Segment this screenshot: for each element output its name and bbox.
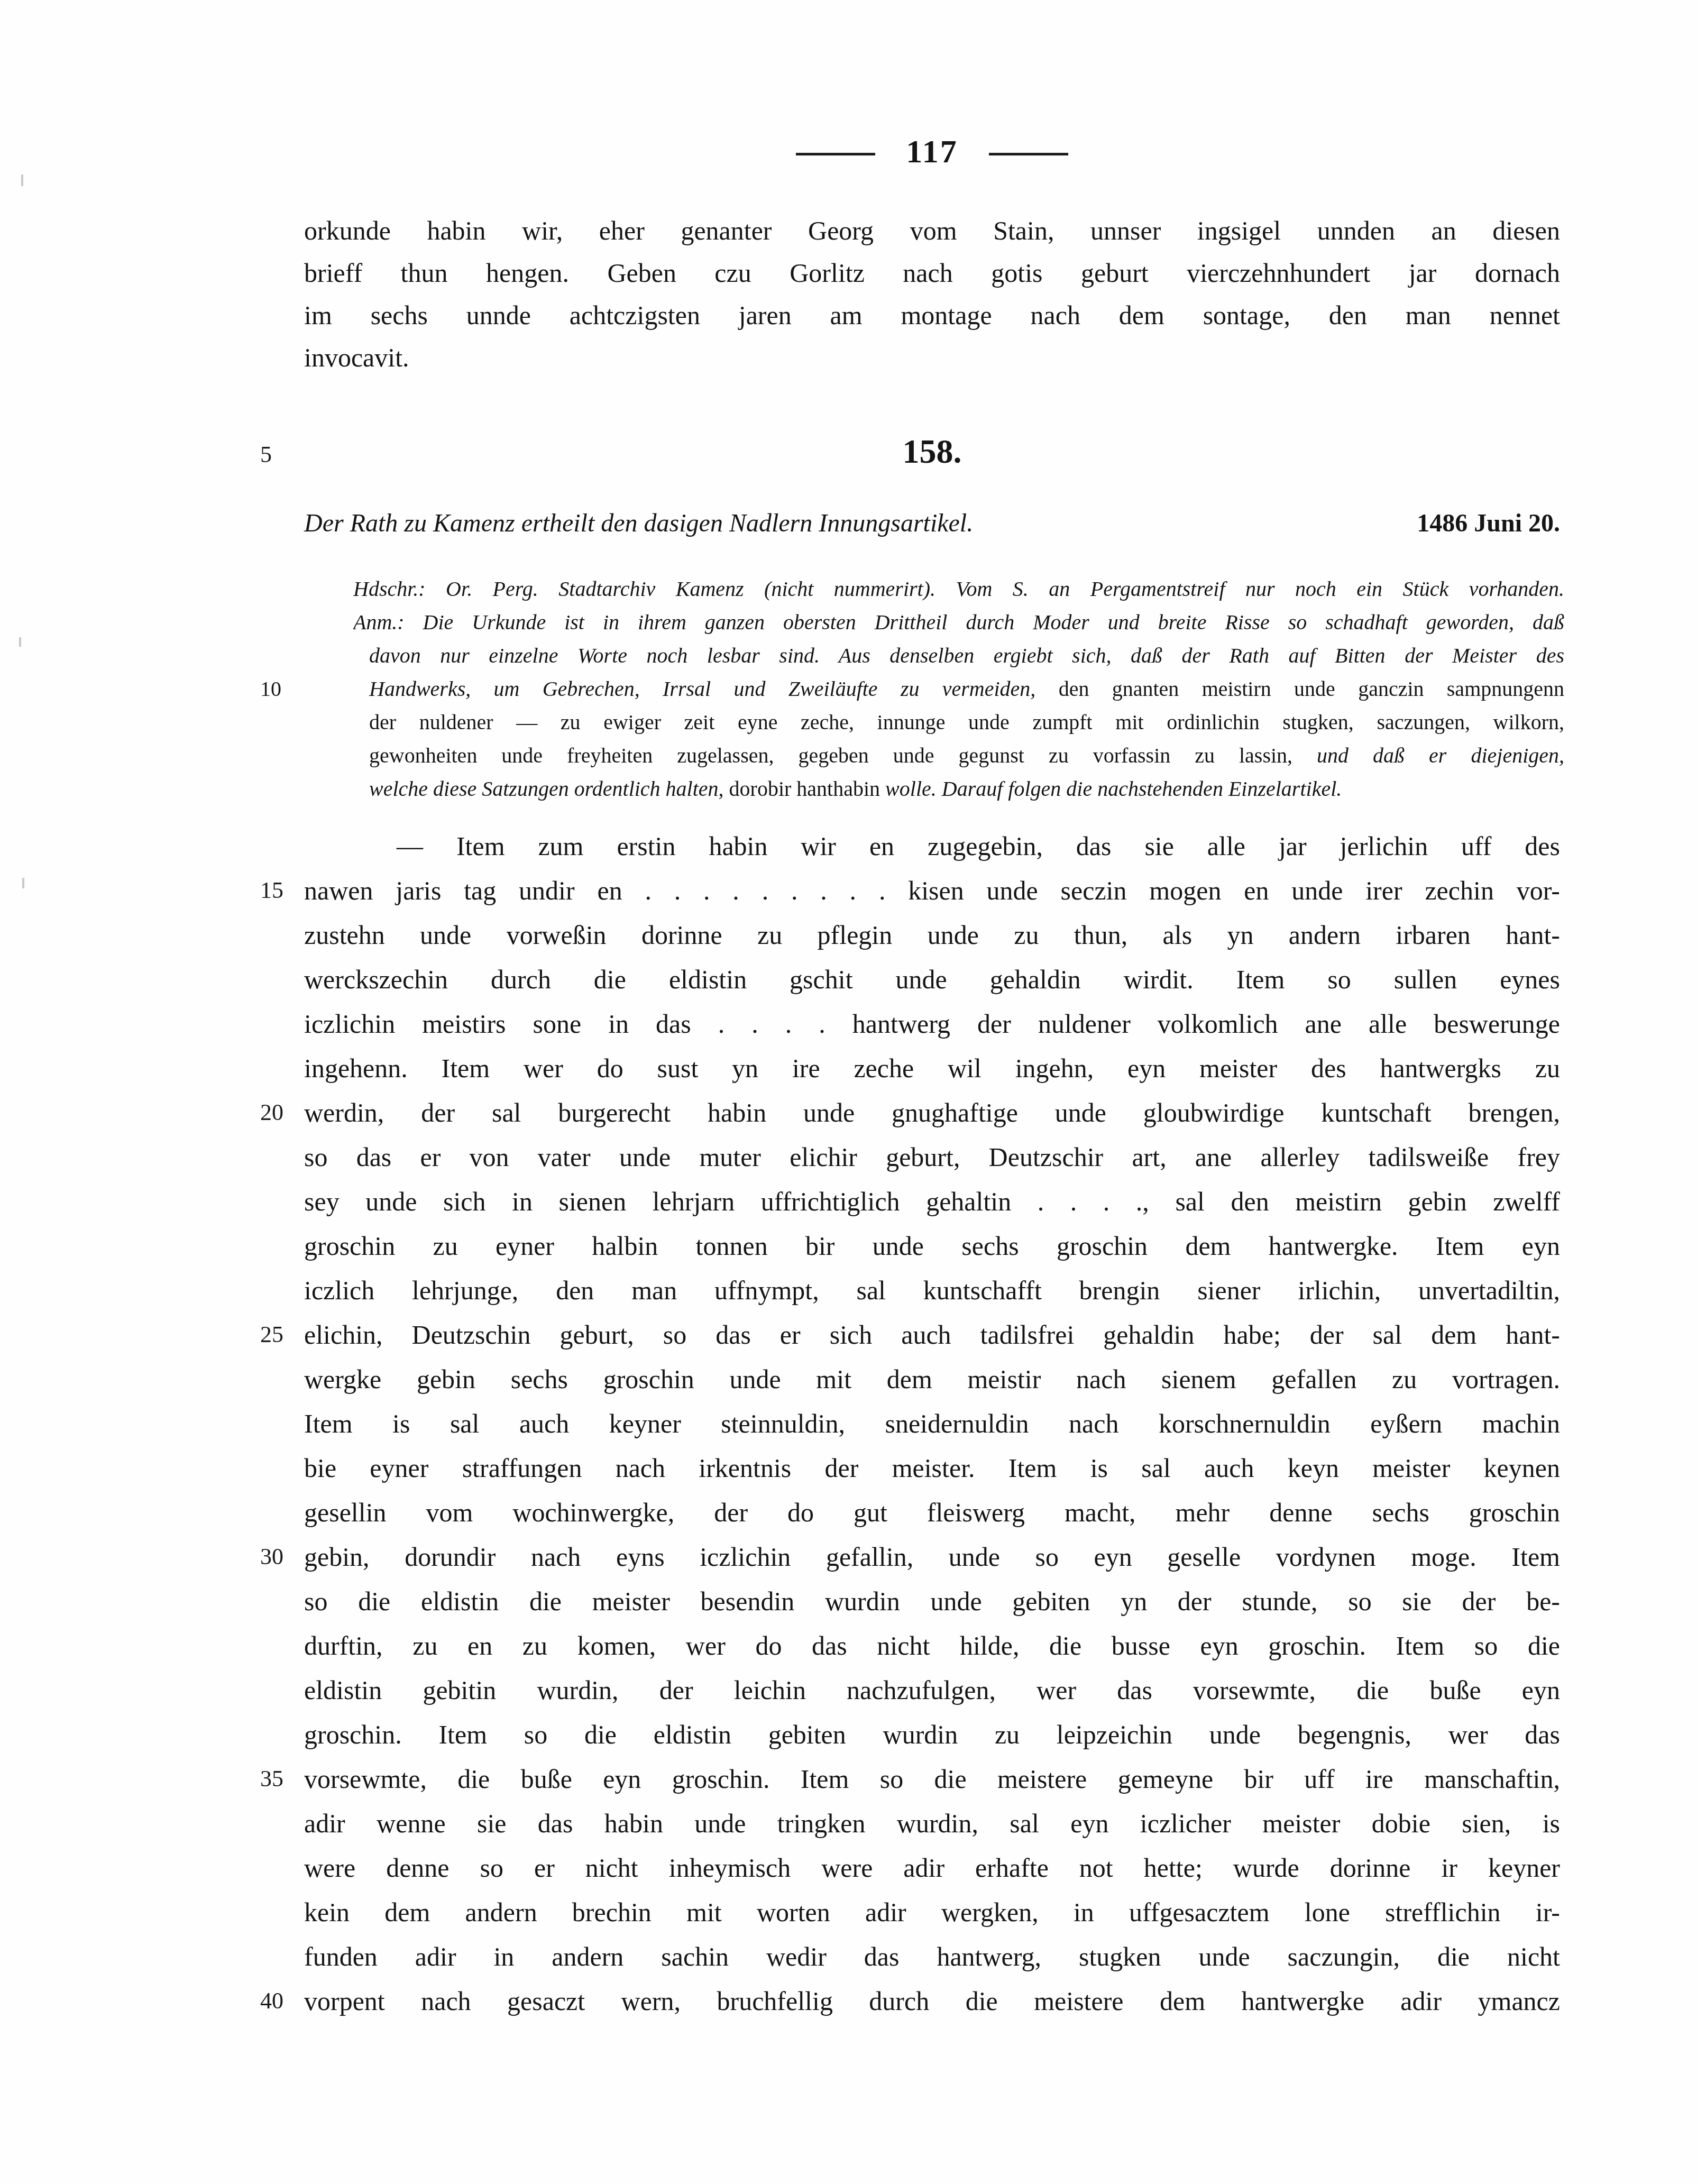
charter-text-line: werckszechin durch die eldistin gschit u… — [304, 957, 1560, 1002]
charter-text: — Item zum erstin habin wir en zugegebin… — [304, 824, 1560, 2023]
charter-text-line: kein dem andern brechin mit worten adir … — [304, 1890, 1560, 1934]
section-number: 158. — [903, 433, 962, 470]
margin-line-number: 5 — [260, 435, 302, 474]
page-header: 117 — [304, 128, 1560, 176]
intro-paragraph: orkunde habin wir, eher genanter Georg v… — [304, 209, 1560, 379]
margin-line-number: 20 — [260, 1090, 302, 1135]
charter-text-line: elichin, Deutzschin geburt, so das er si… — [304, 1313, 1560, 1357]
charter-text-line: nawen jaris tag undir en . . . . . . . .… — [304, 868, 1560, 913]
charter-text-line: so die eldistin die meister besendin wur… — [304, 1579, 1560, 1623]
charter-text-line: sey unde sich in sienen lehrjarn uffrich… — [304, 1179, 1560, 1224]
charter-text-line: gebin, dorundir nach eyns iczlichin gefa… — [304, 1535, 1560, 1579]
section-heading-row: Der Rath zu Kamenz ertheilt den dasigen … — [304, 509, 1560, 538]
charter-text-line: funden adir in andern sachin wedir das h… — [304, 1934, 1560, 1979]
charter-text-line: iczlichin meistirs sone in das . . . . h… — [304, 1002, 1560, 1046]
charter-text-line: vorpent nach gesaczt wern, bruchfellig d… — [304, 1979, 1560, 2023]
intro-line: invocavit. — [304, 336, 1560, 379]
charter-text-line: adir wenne sie das habin unde tringken w… — [304, 1801, 1560, 1846]
charter-text-line: zustehn unde vorweßin dorinne zu pflegin… — [304, 913, 1560, 957]
note-line: davon nur einzelne Worte noch lesbar sin… — [353, 639, 1564, 672]
note-quoted-text: den gnanten meistirn unde ganczin sampnu… — [1059, 677, 1564, 701]
charter-text-line: — Item zum erstin habin wir en zugegebin… — [304, 824, 1560, 868]
note-editorial-text: und daß er diejenigen, — [1317, 744, 1564, 767]
header-rule-right — [989, 153, 1068, 155]
charter-text-line: bie eyner straffungen nach irkentnis der… — [304, 1446, 1560, 1490]
charter-text-line: iczlich lehrjunge, den man uffnympt, sal… — [304, 1268, 1560, 1313]
margin-line-number: 25 — [260, 1313, 302, 1357]
section-date: 1486 Juni 20. — [1417, 509, 1560, 538]
intro-line: im sechs unnde achtczigsten jaren am mon… — [304, 294, 1560, 336]
scan-artifact — [22, 878, 24, 888]
intro-line: orkunde habin wir, eher genanter Georg v… — [304, 209, 1560, 252]
note-line: gewonheiten unde freyheiten zugelassen, … — [353, 739, 1564, 772]
note-quoted-text: , dorobir hanthabin — [719, 777, 886, 801]
section-number-row: 158. — [304, 432, 1560, 471]
note-quoted-text: gewonheiten unde freyheiten zugelassen, … — [369, 744, 1317, 767]
note-line: der nuldener — zu ewiger zeit eyne zeche… — [353, 705, 1564, 739]
source-notes: Hdschr.: Or. Perg. Stadtarchiv Kamenz (n… — [353, 572, 1564, 805]
margin-line-number: 30 — [260, 1535, 302, 1579]
note-editorial-text: Hdschr.: Or. Perg. Stadtarchiv Kamenz (n… — [353, 577, 1564, 601]
margin-line-number: 40 — [260, 1979, 302, 2023]
note-line: Handwerks, um Gebrechen, Irrsal und Zwei… — [353, 672, 1564, 705]
charter-text-line: eldistin gebitin wurdin, der leichin nac… — [304, 1668, 1560, 1712]
margin-line-number: 35 — [260, 1757, 302, 1801]
charter-text-line: durftin, zu en zu komen, wer do das nich… — [304, 1623, 1560, 1668]
charter-text-line: so das er von vater unde muter elichir g… — [304, 1135, 1560, 1179]
note-editorial-text: Anm.: Die Urkunde ist in ihrem ganzen ob… — [353, 610, 1564, 634]
note-editorial-text: welche diese Satzungen ordentlich halten — [369, 777, 719, 801]
charter-text-line: were denne so er nicht inheymisch were a… — [304, 1846, 1560, 1890]
margin-line-number: 10 — [260, 672, 302, 705]
charter-text-line: werdin, der sal burgerecht habin unde gn… — [304, 1090, 1560, 1135]
note-editorial-text: wolle. — [885, 777, 937, 801]
charter-text-line: vorsewmte, die buße eyn groschin. Item s… — [304, 1757, 1560, 1801]
charter-text-line: groschin. Item so die eldistin gebiten w… — [304, 1712, 1560, 1757]
charter-text-line: wergke gebin sechs groschin unde mit dem… — [304, 1357, 1560, 1401]
note-editorial-text: Darauf folgen die nachstehenden Einzelar… — [937, 777, 1342, 801]
note-quoted-text: der nuldener — zu ewiger zeit eyne zeche… — [369, 710, 1564, 734]
note-line: Anm.: Die Urkunde ist in ihrem ganzen ob… — [353, 605, 1564, 639]
scan-artifact — [21, 175, 23, 186]
charter-text-line: gesellin vom wochinwergke, der do gut fl… — [304, 1490, 1560, 1535]
margin-line-number: 15 — [260, 868, 302, 913]
charter-text-line: Item is sal auch keyner steinnuldin, sne… — [304, 1401, 1560, 1446]
scan-artifact — [19, 637, 21, 647]
charter-text-line: ingehenn. Item wer do sust yn ire zeche … — [304, 1046, 1560, 1090]
note-editorial-text: Handwerks, um Gebrechen, Irrsal und Zwei… — [369, 677, 1059, 701]
note-line: welche diese Satzungen ordentlich halten… — [353, 772, 1564, 805]
note-line: Hdschr.: Or. Perg. Stadtarchiv Kamenz (n… — [353, 572, 1564, 605]
note-editorial-text: davon nur einzelne Worte noch lesbar sin… — [369, 644, 1564, 667]
section-heading: Der Rath zu Kamenz ertheilt den dasigen … — [304, 509, 973, 538]
book-page: 117 orkunde habin wir, eher genanter Geo… — [0, 0, 1697, 2184]
page-number: 117 — [906, 133, 958, 171]
intro-line: brieff thun hengen. Geben czu Gorlitz na… — [304, 252, 1560, 294]
header-rule-left — [796, 153, 875, 155]
charter-text-line: groschin zu eyner halbin tonnen bir unde… — [304, 1224, 1560, 1268]
